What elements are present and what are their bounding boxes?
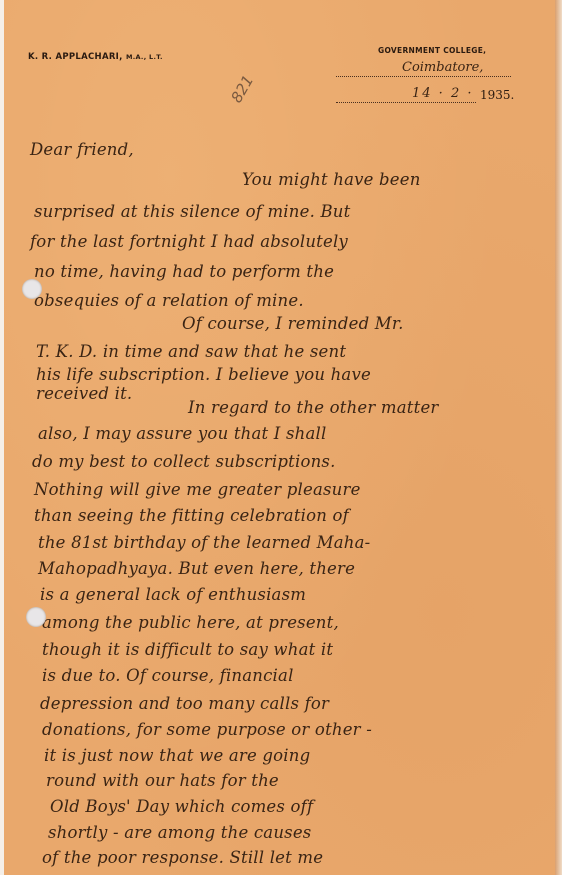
letter-line: Nothing will give me greater pleasure	[34, 480, 361, 499]
letterhead-institution: GOVERNMENT COLLEGE,	[378, 46, 486, 55]
letter-line: do my best to collect subscriptions.	[32, 452, 336, 471]
letter-line: Old Boys' Day which comes off	[50, 797, 313, 816]
letter-place: Coimbatore,	[402, 60, 483, 75]
scan-right-edge	[555, 0, 562, 875]
letter-line: also, I may assure you that I shall	[38, 424, 326, 443]
letter-line: Of course, I reminded Mr.	[182, 314, 404, 333]
author-name: K. R. APPLACHARI,	[28, 52, 123, 62]
letter-line: T. K. D. in time and saw that he sent	[36, 342, 346, 361]
letter-line: it is just now that we are going	[44, 746, 310, 765]
letter-line: than seeing the fitting celebration of	[34, 506, 349, 525]
letter-line: is a general lack of enthusiasm	[40, 585, 306, 604]
letter-line: for the last fortnight I had absolutely	[30, 232, 348, 251]
letter-line: of the poor response. Still let me	[42, 848, 323, 867]
salutation: Dear friend,	[30, 140, 134, 159]
letter-line: depression and too many calls for	[40, 694, 329, 713]
letter-line: donations, for some purpose or other -	[42, 720, 372, 739]
letter-line: among the public here, at present,	[42, 613, 339, 632]
letter-line: surprised at this silence of mine. But	[34, 202, 350, 221]
letter-date: 14 · 2 ·	[412, 86, 473, 101]
letter-line: You might have been	[242, 170, 421, 189]
letter-line: the 81st birthday of the learned Maha-	[38, 533, 370, 552]
letter-line: his life subscription. I believe you hav…	[36, 365, 371, 384]
letter-year: 1935.	[480, 88, 514, 102]
letter-line: is due to. Of course, financial	[42, 666, 294, 685]
letter-line: received it.	[36, 384, 132, 403]
author-degrees: M.A., L.T.	[126, 53, 163, 61]
letter-line: shortly - are among the causes	[48, 823, 311, 842]
letter-line: though it is difficult to say what it	[42, 640, 333, 659]
letter-line: Mahopadhyaya. But even here, there	[38, 559, 355, 578]
punch-hole-lower	[26, 607, 46, 627]
letter-line: obsequies of a relation of mine.	[34, 291, 304, 310]
punch-hole-upper	[22, 279, 42, 299]
letter-line: round with our hats for the	[46, 771, 279, 790]
letter-line: In regard to the other matter	[188, 398, 439, 417]
letterhead-author: K. R. APPLACHARI, M.A., L.T.	[28, 52, 163, 62]
letter-line: no time, having had to perform the	[34, 262, 334, 281]
